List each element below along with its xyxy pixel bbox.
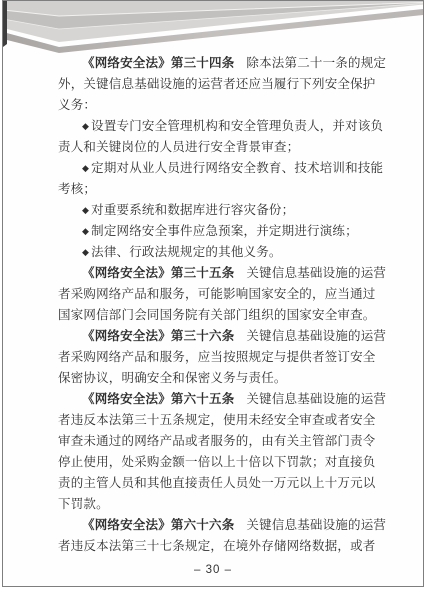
bullet-diamond-icon: ◆	[82, 200, 89, 221]
text-line: 者采购网络产品和服务，应当按照规定与提供者签订安全	[58, 347, 388, 368]
line-text: 关键信息基础设施的运营	[246, 518, 386, 532]
text-line: 停止使用，处采购金额一倍以上十倍以下罚款；对直接负	[58, 452, 388, 473]
text-line: 《网络安全法》第六十六条关键信息基础设施的运营	[58, 515, 388, 536]
line-text: 审查未通过的网络产品或者服务的，由有关主管部门责令	[58, 434, 376, 448]
text-line: 《网络安全法》第三十六条关键信息基础设施的运营	[58, 326, 388, 347]
text-line: 责的主管人员和其他直接责任人员处一万元以上十万元以	[58, 473, 388, 494]
page-body: 《网络安全法》第三十四条除本法第二十一条的规定外，关键信息基础设施的运营者还应当…	[58, 53, 388, 557]
article-heading: 《网络安全法》第三十五条	[82, 266, 234, 280]
scanned-page: 《网络安全法》第三十四条除本法第二十一条的规定外，关键信息基础设施的运营者还应当…	[2, 0, 424, 587]
line-text: 外，关键信息基础设施的运营者还应当履行下列安全保护	[58, 77, 376, 91]
header-ornament	[3, 1, 423, 57]
article-heading: 《网络安全法》第三十四条	[82, 56, 234, 70]
line-text: 者违反本法第三十五条规定，使用未经安全审查或者安全	[58, 413, 376, 427]
line-text: 定期对从业人员进行网络安全教育、技术培训和技能	[91, 161, 383, 175]
line-text: 责的主管人员和其他直接责任人员处一万元以上十万元以	[58, 476, 376, 490]
line-text: 制定网络安全事件应急预案，并定期进行演练；	[91, 224, 358, 238]
line-text: 义务：	[58, 98, 96, 112]
text-line: 《网络安全法》第三十四条除本法第二十一条的规定	[58, 53, 388, 74]
bullet-diamond-icon: ◆	[82, 221, 89, 242]
text-line: ◆设置专门安全管理机构和安全管理负责人，并对该负	[58, 116, 388, 137]
text-line: 保密协议，明确安全和保密义务与责任。	[58, 368, 388, 389]
line-text: 保密协议，明确安全和保密义务与责任。	[58, 371, 287, 385]
text-line: ◆定期对从业人员进行网络安全教育、技术培训和技能	[58, 158, 388, 179]
line-text: 者采购网络产品和服务，应当按照规定与提供者签订安全	[58, 350, 376, 364]
line-text: 对重要系统和数据库进行容灾备份；	[91, 203, 294, 217]
page-number: – 30 –	[3, 564, 423, 576]
bullet-diamond-icon: ◆	[82, 116, 89, 137]
text-line: ◆对重要系统和数据库进行容灾备份；	[58, 200, 388, 221]
text-line: ◆制定网络安全事件应急预案，并定期进行演练；	[58, 221, 388, 242]
line-text: 下罚款。	[58, 497, 109, 511]
article-heading: 《网络安全法》第三十六条	[82, 329, 234, 343]
text-line: 者违反本法第三十七条规定，在境外存储网络数据，或者	[58, 536, 388, 557]
article-heading: 《网络安全法》第六十六条	[82, 518, 234, 532]
text-line: 下罚款。	[58, 494, 388, 515]
text-line: 审查未通过的网络产品或者服务的，由有关主管部门责令	[58, 431, 388, 452]
line-text: 关键信息基础设施的运营	[246, 329, 386, 343]
text-line: 《网络安全法》第六十五条关键信息基础设施的运营	[58, 389, 388, 410]
line-text: 者采购网络产品和服务，可能影响国家安全的，应当通过	[58, 287, 376, 301]
line-text: 考核；	[58, 182, 96, 196]
text-line: 外，关键信息基础设施的运营者还应当履行下列安全保护	[58, 74, 388, 95]
bullet-diamond-icon: ◆	[82, 242, 89, 263]
text-line: 《网络安全法》第三十五条关键信息基础设施的运营	[58, 263, 388, 284]
line-text: 停止使用，处采购金额一倍以上十倍以下罚款；对直接负	[58, 455, 376, 469]
article-heading: 《网络安全法》第六十五条	[82, 392, 234, 406]
text-line: 者违反本法第三十五条规定，使用未经安全审查或者安全	[58, 410, 388, 431]
line-text: 除本法第二十一条的规定	[246, 56, 386, 70]
line-text: 者违反本法第三十七条规定，在境外存储网络数据，或者	[58, 539, 376, 553]
text-line: 考核；	[58, 179, 388, 200]
line-text: 国家网信部门会同国务院有关部门组织的国家安全审查。	[58, 308, 376, 322]
text-line: 义务：	[58, 95, 388, 116]
text-line: 者采购网络产品和服务，可能影响国家安全的，应当通过	[58, 284, 388, 305]
line-text: 关键信息基础设施的运营	[246, 266, 386, 280]
text-line: 国家网信部门会同国务院有关部门组织的国家安全审查。	[58, 305, 388, 326]
line-text: 关键信息基础设施的运营	[246, 392, 386, 406]
ornament-dark-edge	[3, 1, 7, 47]
line-text: 法律、行政法规规定的其他义务。	[91, 245, 282, 259]
line-text: 责人和关键岗位的人员进行安全背景审查；	[58, 140, 299, 154]
line-text: 设置专门安全管理机构和安全管理负责人，并对该负	[91, 119, 383, 133]
bullet-diamond-icon: ◆	[82, 158, 89, 179]
text-line: 责人和关键岗位的人员进行安全背景审查；	[58, 137, 388, 158]
text-line: ◆法律、行政法规规定的其他义务。	[58, 242, 388, 263]
